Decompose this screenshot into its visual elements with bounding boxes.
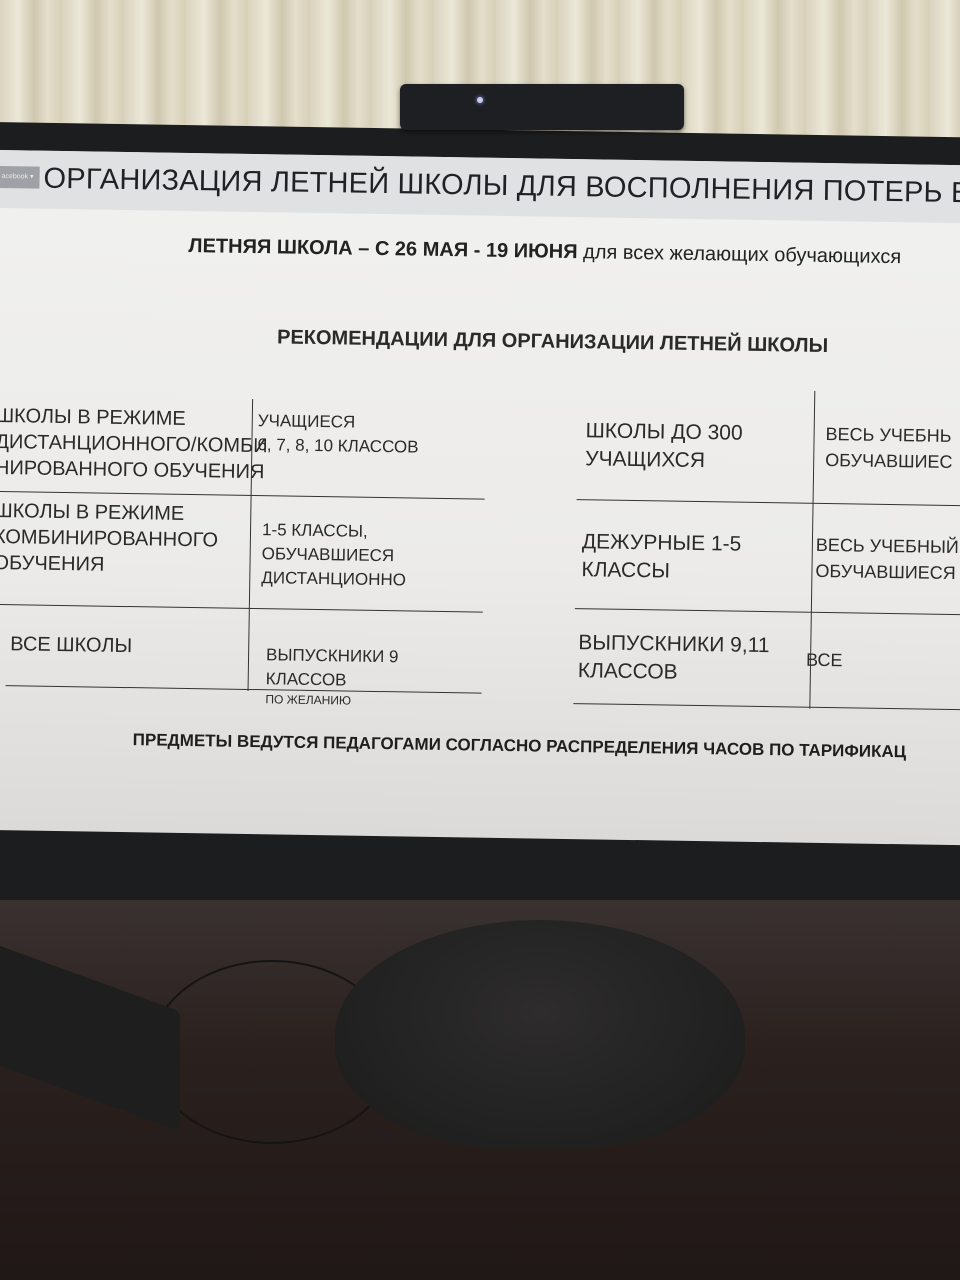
app-tab-label: acebook bbox=[2, 173, 29, 180]
participants-cell: 1-5 КЛАССЫ, ОБУЧАВШИЕСЯ ДИСТАНЦИОННО bbox=[261, 518, 407, 592]
participants-cell: ВЕСЬ УЧЕБНЬ ОБУЧАВШИЕС bbox=[825, 421, 953, 475]
app-tab[interactable]: acebook ▾ bbox=[0, 166, 40, 189]
school-type-cell: ВЫПУСКНИКИ 9,11 КЛАССОВ bbox=[578, 629, 770, 688]
school-type-cell: ШКОЛЫ В РЕЖИМЕ КОМБИНИРОВАННОГО ОБУЧЕНИЯ bbox=[0, 498, 219, 580]
school-type-cell: ШКОЛЫ ДО 300 УЧАЩИХСЯ bbox=[585, 417, 743, 475]
table-row: ШКОЛЫ В РЕЖИМЕ ДИСТАНЦИОННОГО/КОМБИ НИРО… bbox=[0, 395, 486, 500]
monitor-screen: acebook ▾ ОРГАНИЗАЦИЯ ЛЕТНЕЙ ШКОЛЫ ДЛЯ В… bbox=[0, 150, 960, 846]
section-heading: РЕКОМЕНДАЦИИ ДЛЯ ОРГАНИЗАЦИИ ЛЕТНЕЙ ШКОЛ… bbox=[277, 326, 828, 358]
participants-cell: ВЕСЬ УЧЕБНЫЙ ОБУЧАВШИЕСЯ bbox=[815, 532, 959, 586]
webcam bbox=[400, 84, 684, 130]
slide-subtitle: ЛЕТНЯЯ ШКОЛА – С 26 МАЯ - 19 ИЮНЯ для вс… bbox=[188, 235, 901, 269]
footer-note: ПРЕДМЕТЫ ВЕДУТСЯ ПЕДАГОГАМИ СОГЛАСНО РАС… bbox=[133, 730, 907, 762]
participants-note: ПО ЖЕЛАНИЮ bbox=[265, 691, 481, 710]
participants-text: ВЫПУСКНИКИ 9 КЛАССОВ bbox=[266, 645, 399, 689]
table-row: ВЫПУСКНИКИ 9,11 КЛАССОВ ВСЕ bbox=[573, 609, 960, 711]
school-type-cell: ВСЕ ШКОЛЫ bbox=[10, 631, 132, 659]
participants-cell: УЧАЩИЕСЯ 6, 7, 8, 10 КЛАССОВ bbox=[257, 409, 419, 460]
subtitle-audience: для всех желающих обучающихся bbox=[577, 241, 901, 268]
table-row: ШКОЛЫ В РЕЖИМЕ КОМБИНИРОВАННОГО ОБУЧЕНИЯ… bbox=[0, 492, 485, 613]
subtitle-dates: ЛЕТНЯЯ ШКОЛА – С 26 МАЯ - 19 ИЮНЯ bbox=[188, 235, 577, 263]
table-row: ВСЕ ШКОЛЫ ВЫПУСКНИКИ 9 КЛАССОВ ПО ЖЕЛАНИ… bbox=[6, 605, 483, 693]
right-recommendation-table: ШКОЛЫ ДО 300 УЧАЩИХСЯ ВЕСЬ УЧЕБНЬ ОБУЧАВ… bbox=[578, 387, 960, 394]
left-recommendation-table: ШКОЛЫ В РЕЖИМЕ ДИСТАНЦИОННОГО/КОМБИ НИРО… bbox=[0, 395, 486, 403]
chevron-down-icon: ▾ bbox=[30, 173, 34, 180]
monitor-stand bbox=[335, 920, 745, 1150]
participants-cell: ВЫПУСКНИКИ 9 КЛАССОВ ПО ЖЕЛАНИЮ bbox=[265, 619, 483, 734]
table-row: ДЕЖУРНЫЕ 1-5 КЛАССЫ ВЕСЬ УЧЕБНЫЙ ОБУЧАВШ… bbox=[575, 500, 960, 616]
school-type-cell: ДЕЖУРНЫЕ 1-5 КЛАССЫ bbox=[581, 528, 741, 586]
webcam-led-icon bbox=[477, 97, 483, 103]
participants-cell: ВСЕ bbox=[806, 647, 843, 674]
table-row: ШКОЛЫ ДО 300 УЧАЩИХСЯ ВЕСЬ УЧЕБНЬ ОБУЧАВ… bbox=[577, 387, 960, 507]
school-type-cell: ШКОЛЫ В РЕЖИМЕ ДИСТАНЦИОННОГО/КОМБИ НИРО… bbox=[0, 403, 268, 485]
slide-title: ОРГАНИЗАЦИЯ ЛЕТНЕЙ ШКОЛЫ ДЛЯ ВОСПОЛНЕНИЯ… bbox=[43, 163, 960, 211]
